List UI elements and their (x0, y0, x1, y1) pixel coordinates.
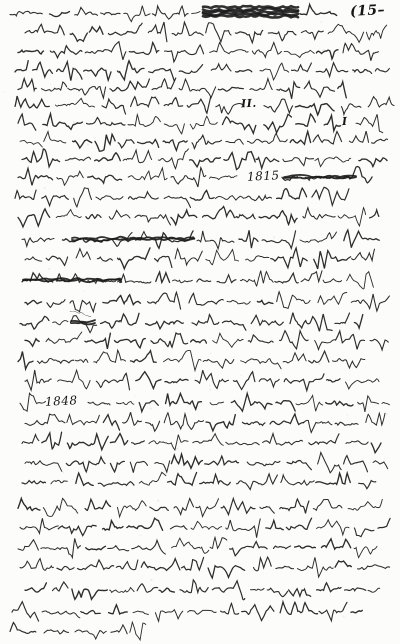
handwriting-line-7 (18, 114, 383, 134)
handwriting-line-9 (22, 149, 387, 170)
handwriting-line-22 (20, 393, 389, 412)
handwriting-line-5 (18, 78, 346, 99)
handwriting-line-15 (22, 271, 373, 289)
handwriting-line-30 (20, 557, 390, 578)
paper-noise (4, 21, 388, 617)
handwriting-line-20 (18, 350, 365, 370)
handwriting-line-10 (18, 167, 372, 187)
manuscript-page: (15– II. I 1815 1848 (0, 0, 400, 644)
strikethrough-mark (203, 15, 298, 18)
handwriting-line-3 (18, 42, 378, 62)
handwriting-line-28 (20, 518, 390, 538)
handwriting-line-32 (12, 602, 362, 622)
handwriting-line-16 (25, 292, 389, 312)
handwriting-line-12 (18, 207, 379, 227)
handwriting-line-24 (22, 432, 381, 453)
handwriting-line-19 (25, 331, 388, 350)
handwriting-line-2 (25, 22, 387, 43)
handwriting-line-1 (10, 5, 337, 22)
handwriting-line-21 (25, 370, 379, 391)
handwriting-svg (0, 0, 400, 644)
handwriting-line-4 (15, 61, 389, 81)
handwriting-line-23 (25, 412, 385, 432)
handwriting-line-27 (18, 498, 382, 517)
handwriting-line-14 (25, 248, 375, 269)
handwriting-line-13 (22, 230, 379, 249)
handwriting-line-6 (15, 96, 394, 115)
strikethrough-mark (203, 6, 298, 8)
handwriting-line-33 (10, 622, 146, 640)
handwriting-line-11 (15, 187, 349, 207)
handwriting-line-29 (18, 537, 377, 557)
handwriting-line-18 (20, 313, 363, 333)
handwriting-line-25 (25, 453, 388, 473)
handwriting-line-26 (22, 472, 376, 489)
handwriting-line-31 (25, 580, 380, 600)
handwriting-line-8 (20, 131, 388, 151)
